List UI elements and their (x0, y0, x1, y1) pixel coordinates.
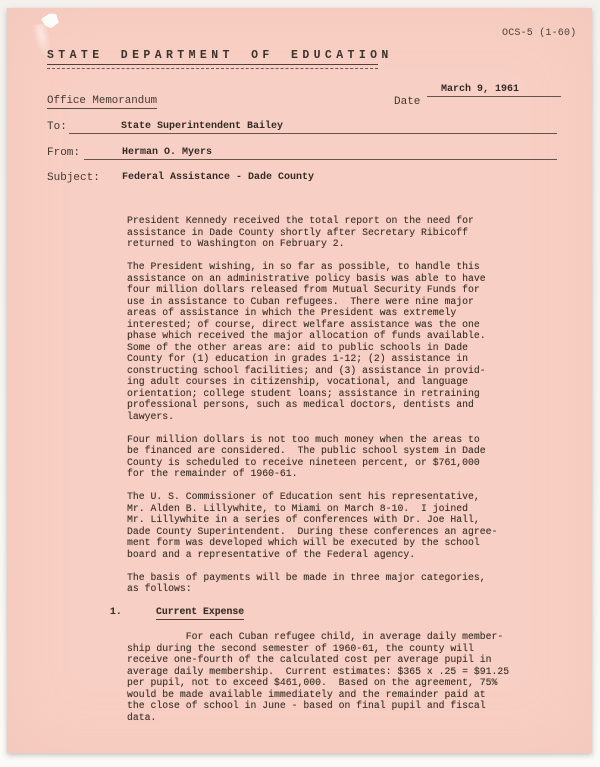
title-underline-dashed (47, 68, 378, 69)
body-paragraph-3: Four million dollars is not too much mon… (127, 434, 527, 480)
body-paragraph-2: The President wishing, in so far as poss… (127, 261, 527, 422)
section-title: Current Expense (156, 606, 244, 620)
from-value: Herman O. Myers (122, 147, 212, 158)
body-paragraph-6: For each Cuban refugee child, in average… (127, 631, 527, 723)
date-value: March 9, 1961 (441, 84, 519, 95)
subject-value: Federal Assistance - Dade County (122, 172, 314, 183)
doc-type-label: Office Memorandum (47, 95, 157, 109)
date-field: March 9, 1961 (427, 82, 561, 97)
date-label: Date (394, 96, 420, 108)
to-field: State Superintendent Bailey (69, 119, 557, 134)
to-value: State Superintendent Bailey (121, 121, 283, 132)
form-number: OCS-5 (1-60) (502, 28, 576, 39)
memo-paper: OCS-5 (1-60) STATE DEPARTMENT OF EDUCATI… (7, 8, 592, 753)
from-field: Herman O. Myers (84, 145, 557, 160)
section-number: 1. (110, 606, 156, 620)
subject-label: Subject: (47, 172, 100, 184)
to-label: To: (47, 121, 67, 133)
body-paragraph-4: The U. S. Commissioner of Education sent… (127, 491, 527, 560)
department-title: STATE DEPARTMENT OF EDUCATION (47, 49, 393, 62)
body-paragraph-5: The basis of payments will be made in th… (127, 572, 527, 595)
from-label: From: (47, 147, 80, 159)
body-paragraph-1: President Kennedy received the total rep… (127, 215, 527, 250)
title-underline-solid (47, 64, 378, 65)
memo-body: President Kennedy received the total rep… (127, 215, 527, 735)
section-heading-current-expense: 1. Current Expense (110, 606, 527, 620)
